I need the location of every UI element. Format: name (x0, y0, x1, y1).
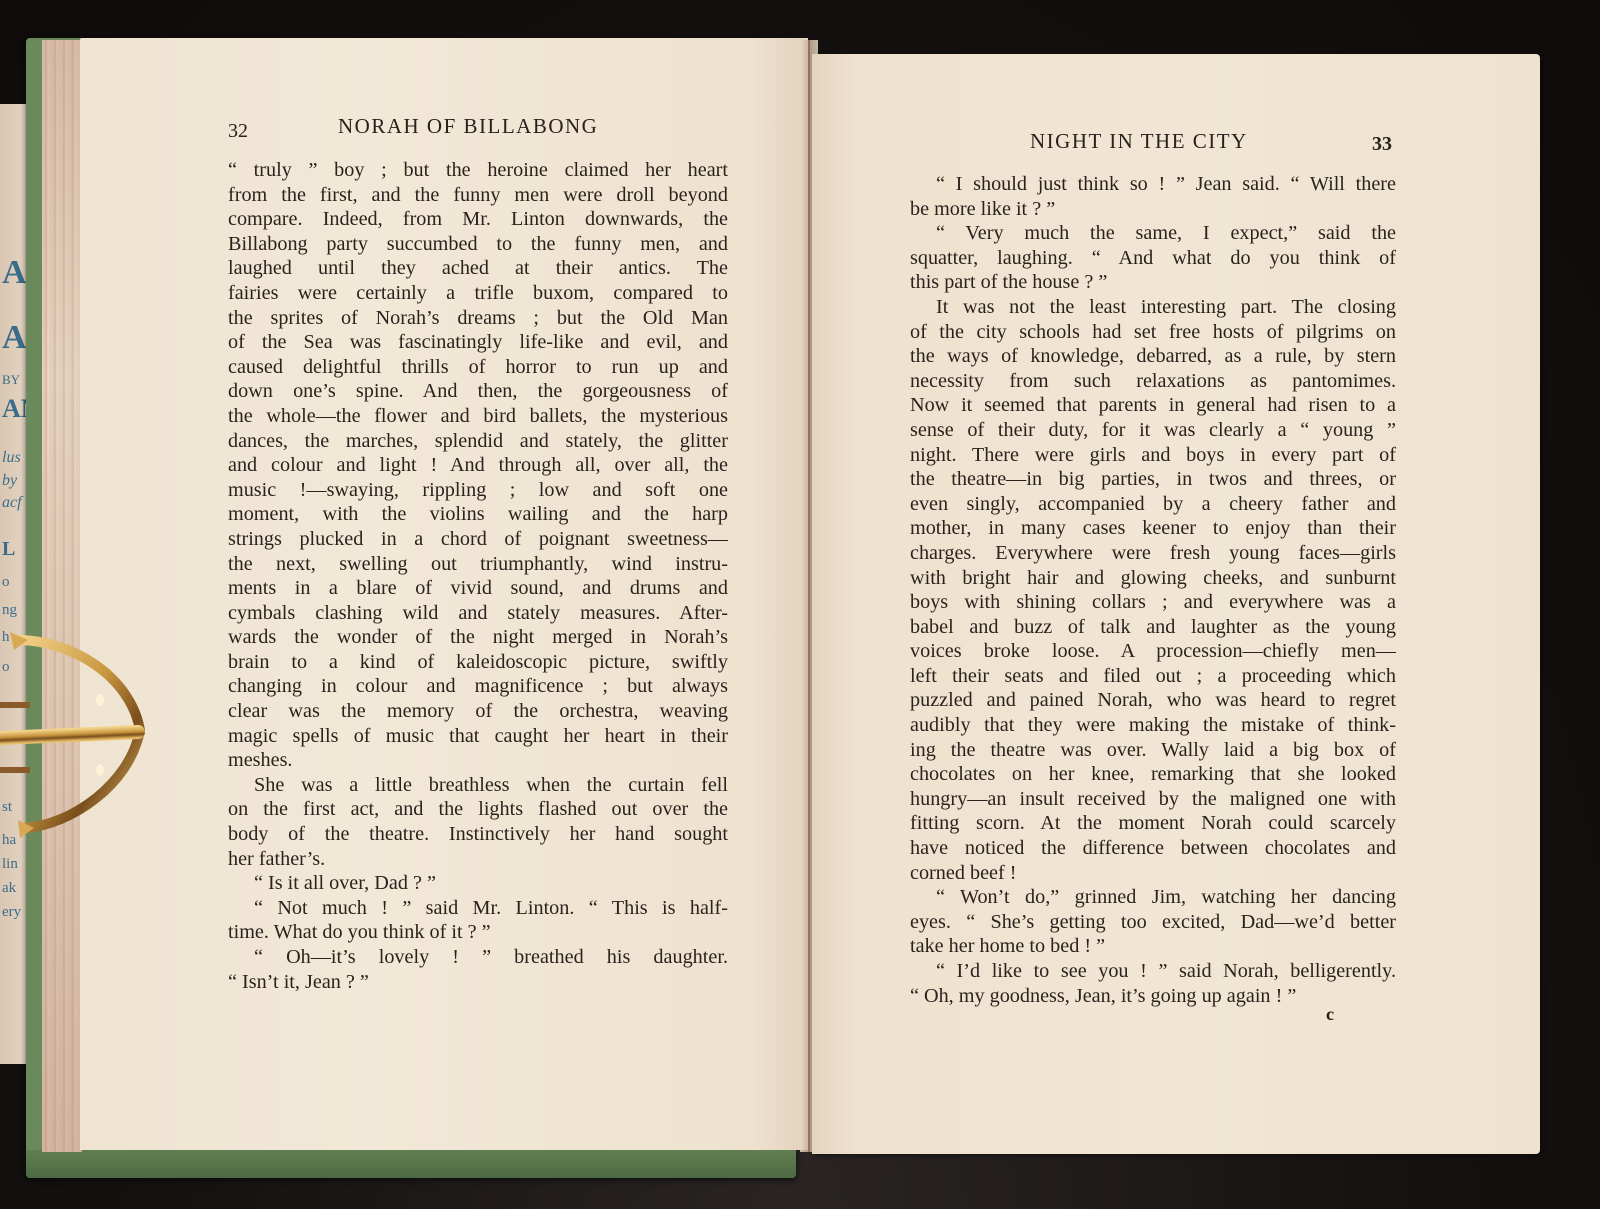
text-line: caused delightful thrills of horror to r… (228, 355, 728, 380)
text-line: eyes. “ She’s getting too excited, Dad—w… (910, 910, 1396, 935)
text-line: fairies were certainly a trifle buxom, c… (228, 281, 728, 306)
text-line: “ Won’t do,” grinned Jim, watching her d… (910, 885, 1396, 910)
peek-text: ng (2, 602, 17, 619)
text-line: sense of their duty, for it was clearly … (910, 418, 1396, 443)
text-line: ing the theatre was over. Wally laid a b… (910, 738, 1396, 763)
text-line: be more like it ? ” (910, 197, 1396, 222)
text-line: “ Very much the same, I expect,” said th… (910, 221, 1396, 246)
text-line: brain to a kind of kaleidoscopic picture… (228, 650, 728, 675)
text-line: ments in a blare of vivid sound, and dru… (228, 576, 728, 601)
text-line: the sprites of Norah’s dreams ; but the … (228, 306, 728, 331)
peek-text: BY (2, 372, 20, 388)
text-line: babel and buzz of talk and laughter as t… (910, 615, 1396, 640)
text-line: down one’s spine. And then, the gorgeous… (228, 379, 728, 404)
text-line: laughed until they ached at their antics… (228, 256, 728, 281)
text-line: strings plucked in a chord of poignant s… (228, 527, 728, 552)
running-head: NORAH OF BILLABONG (338, 114, 598, 139)
text-line: clear was the memory of the orchestra, w… (228, 699, 728, 724)
text-line: “ I’d like to see you ! ” said Norah, be… (910, 959, 1396, 984)
text-line: meshes. (228, 748, 728, 773)
text-line: the ways of knowledge, debarred, as a ru… (910, 344, 1396, 369)
page-fore-edge (42, 40, 82, 1152)
text-line: body of the theatre. Instinctively her h… (228, 822, 728, 847)
text-line: “ Oh—it’s lovely ! ” breathed his daught… (228, 945, 728, 970)
text-line: cymbals clashing wild and stately measur… (228, 601, 728, 626)
text-line: charges. Everywhere were fresh young fac… (910, 541, 1396, 566)
text-line: her father’s. (228, 847, 728, 872)
text-line: this part of the house ? ” (910, 270, 1396, 295)
text-line: changing in colour and magnificence ; bu… (228, 674, 728, 699)
peek-text: lin (2, 856, 18, 873)
text-line: on the first act, and the lights flashed… (228, 797, 728, 822)
text-line: voices broke loose. A procession—chiefly… (910, 639, 1396, 664)
text-line: time. What do you think of it ? ” (228, 920, 728, 945)
text-line: It was not the least interesting part. T… (910, 295, 1396, 320)
body-text: “ I should just think so ! ” Jean said. … (910, 172, 1396, 1008)
text-line: magic spells of music that caught her he… (228, 724, 728, 749)
text-line: from the first, and the funny men were d… (228, 183, 728, 208)
text-line: the next, swelling out triumphantly, win… (228, 552, 728, 577)
peek-text: L (2, 538, 15, 561)
text-line: left their seats and filed out ; a proce… (910, 664, 1396, 689)
text-line: squatter, laughing. “ And what do you th… (910, 246, 1396, 271)
book-cover-bottom-edge (26, 1150, 796, 1178)
signature-mark: c (1326, 1004, 1334, 1025)
text-line: of the city schools had set free hosts o… (910, 320, 1396, 345)
text-line: take her home to bed ! ” (910, 934, 1396, 959)
peek-text: ak (2, 880, 16, 897)
text-line: “ Oh, my goodness, Jean, it’s going up a… (910, 984, 1396, 1009)
page-number: 33 (1372, 133, 1392, 156)
text-line: hungry—an insult received by the maligne… (910, 787, 1396, 812)
text-line: of the Sea was fascinatingly life-like a… (228, 330, 728, 355)
text-line: wards the wonder of the night merged in … (228, 625, 728, 650)
text-line: Billabong party succumbed to the funny m… (228, 232, 728, 257)
text-line: the whole—the flower and bird ballets, t… (228, 404, 728, 429)
text-line: fitting scorn. At the moment Norah could… (910, 811, 1396, 836)
text-line: “ Is it all over, Dad ? ” (228, 871, 728, 896)
text-line: puzzled and pained Norah, who was heard … (910, 688, 1396, 713)
text-line: She was a little breathless when the cur… (228, 773, 728, 798)
text-line: with bright hair and glowing cheeks, and… (910, 566, 1396, 591)
text-line: “ Isn’t it, Jean ? ” (228, 970, 728, 995)
text-line: chocolates on her knee, remarking that s… (910, 762, 1396, 787)
text-line: “ Not much ! ” said Mr. Linton. “ This i… (228, 896, 728, 921)
text-line: dances, the marches, splendid and statel… (228, 429, 728, 454)
peek-text: ery (2, 904, 21, 921)
text-line: moment, with the violins wailing and the… (228, 502, 728, 527)
left-page: 32 NORAH OF BILLABONG “ truly ” boy ; bu… (80, 38, 808, 1150)
text-line: night. There were girls and boys in ever… (910, 443, 1396, 468)
text-line: mother, in many cases keener to enjoy th… (910, 516, 1396, 541)
right-page: NIGHT IN THE CITY 33 “ I should just thi… (812, 54, 1540, 1154)
text-line: necessity from such relaxations as panto… (910, 369, 1396, 394)
peek-text: by (2, 472, 17, 490)
text-line: “ truly ” boy ; but the heroine claimed … (228, 158, 728, 183)
text-line: corned beef ! (910, 861, 1396, 886)
text-line: have noticed the difference between choc… (910, 836, 1396, 861)
text-line: Now it seemed that parents in general ha… (910, 393, 1396, 418)
text-line: even singly, accompanied by a cheery fat… (910, 492, 1396, 517)
peek-text: lus (2, 449, 21, 467)
body-text: “ truly ” boy ; but the heroine claimed … (228, 158, 728, 994)
anchor-bookmark-icon (0, 620, 160, 850)
text-line: audibly that they were making the mistak… (910, 713, 1396, 738)
text-line: compare. Indeed, from Mr. Linton downwar… (228, 207, 728, 232)
peek-text: o (2, 574, 10, 591)
page-number: 32 (228, 120, 248, 143)
text-line: the theatre—in big parties, in twos and … (910, 467, 1396, 492)
book-photo-scene: AH AH BY AN lus by acf L o ng h o st ha … (0, 0, 1600, 1209)
text-line: “ I should just think so ! ” Jean said. … (910, 172, 1396, 197)
text-line: boys with shining collars ; and everywhe… (910, 590, 1396, 615)
peek-text: acf (2, 494, 22, 512)
text-line: music !—swaying, rippling ; low and soft… (228, 478, 728, 503)
text-line: and colour and light ! And through all, … (228, 453, 728, 478)
running-head: NIGHT IN THE CITY (1030, 129, 1248, 154)
